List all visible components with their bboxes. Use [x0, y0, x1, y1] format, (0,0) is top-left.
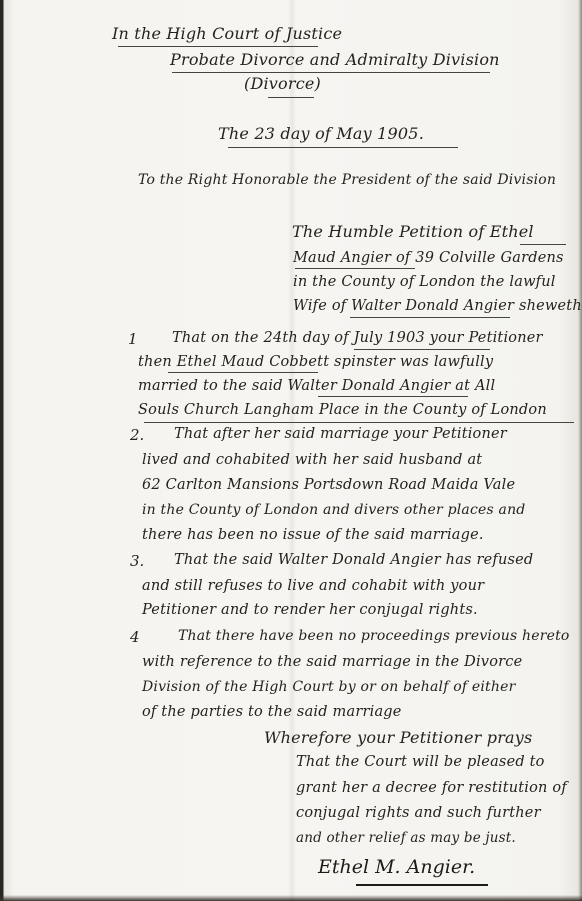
paragraph-number: 3.	[130, 552, 144, 570]
prayer-line-1: That the Court will be pleased to	[296, 754, 545, 770]
paragraph-4-line-4: of the parties to the said marriage	[142, 704, 402, 720]
intro-underline	[520, 244, 566, 245]
division-heading: Probate Divorce and Admiralty Division	[170, 50, 500, 69]
paragraph-1-line-4: Souls Church Langham Place in the County…	[138, 402, 547, 418]
paragraph-number: 4	[130, 628, 140, 646]
paragraph-3-line-3: Petitioner and to render her conjugal ri…	[142, 602, 478, 618]
date-underline	[228, 147, 458, 148]
paragraph-number: 2.	[130, 426, 144, 444]
prayer-line-3: conjugal rights and such further	[296, 805, 541, 821]
paragraph-1-line-2: then Ethel Maud Cobbett spinster was law…	[138, 354, 493, 370]
division-heading-underline	[172, 72, 490, 73]
date-line: The 23 day of May 1905.	[218, 124, 424, 143]
paragraph-1-line-1: That on the 24th day of July 1903 your P…	[172, 330, 543, 346]
paragraph-2-line-1: That after her said marriage your Petiti…	[174, 426, 507, 442]
prayer-heading: Wherefore your Petitioner prays	[264, 728, 532, 747]
paragraph-3-line-1: That the said Walter Donald Angier has r…	[174, 552, 533, 568]
paragraph-2-line-3: 62 Carlton Mansions Portsdown Road Maida…	[142, 477, 515, 493]
paragraph-number: 1	[128, 330, 138, 348]
address-line: To the Right Honorable the President of …	[138, 172, 556, 188]
paragraph-2-line-2: lived and cohabited with her said husban…	[142, 452, 482, 468]
paragraph-2-line-5: there has been no issue of the said marr…	[142, 527, 484, 543]
para1-underline	[354, 349, 490, 350]
document-page: In the High Court of Justice Probate Div…	[0, 0, 582, 901]
intro-line-4: Wife of Walter Donald Angier sheweth:-	[293, 298, 582, 314]
signature: Ethel M. Angier.	[318, 856, 475, 878]
intro-underline	[295, 268, 415, 269]
paper-right-edge	[578, 0, 582, 901]
intro-line-2: Maud Angier of 39 Colville Gardens	[293, 250, 564, 266]
para1-underline	[168, 372, 318, 373]
subdivision-heading: (Divorce)	[244, 74, 321, 93]
paragraph-3-line-2: and still refuses to live and cohabit wi…	[142, 578, 484, 594]
para1-underline	[144, 422, 574, 423]
subdivision-underline	[268, 97, 314, 98]
intro-line-1: The Humble Petition of Ethel	[292, 222, 534, 241]
prayer-line-4: and other relief as may be just.	[296, 830, 516, 846]
paragraph-1-line-3: married to the said Walter Donald Angier…	[138, 378, 495, 394]
paper-bottom-edge	[0, 895, 582, 901]
intro-underline	[350, 317, 510, 318]
prayer-line-2: grant her a decree for restitution of	[296, 780, 567, 796]
paragraph-2-line-4: in the County of London and divers other…	[142, 502, 525, 518]
paragraph-4-line-3: Division of the High Court by or on beha…	[142, 679, 515, 695]
signature-underline	[356, 884, 488, 886]
court-heading-underline	[118, 46, 318, 47]
paragraph-4-line-2: with reference to the said marriage in t…	[142, 654, 522, 670]
paragraph-4-line-1: That there have been no proceedings prev…	[178, 628, 570, 644]
para1-underline	[318, 396, 468, 397]
court-heading: In the High Court of Justice	[112, 24, 342, 43]
intro-line-3: in the County of London the lawful	[293, 274, 556, 290]
